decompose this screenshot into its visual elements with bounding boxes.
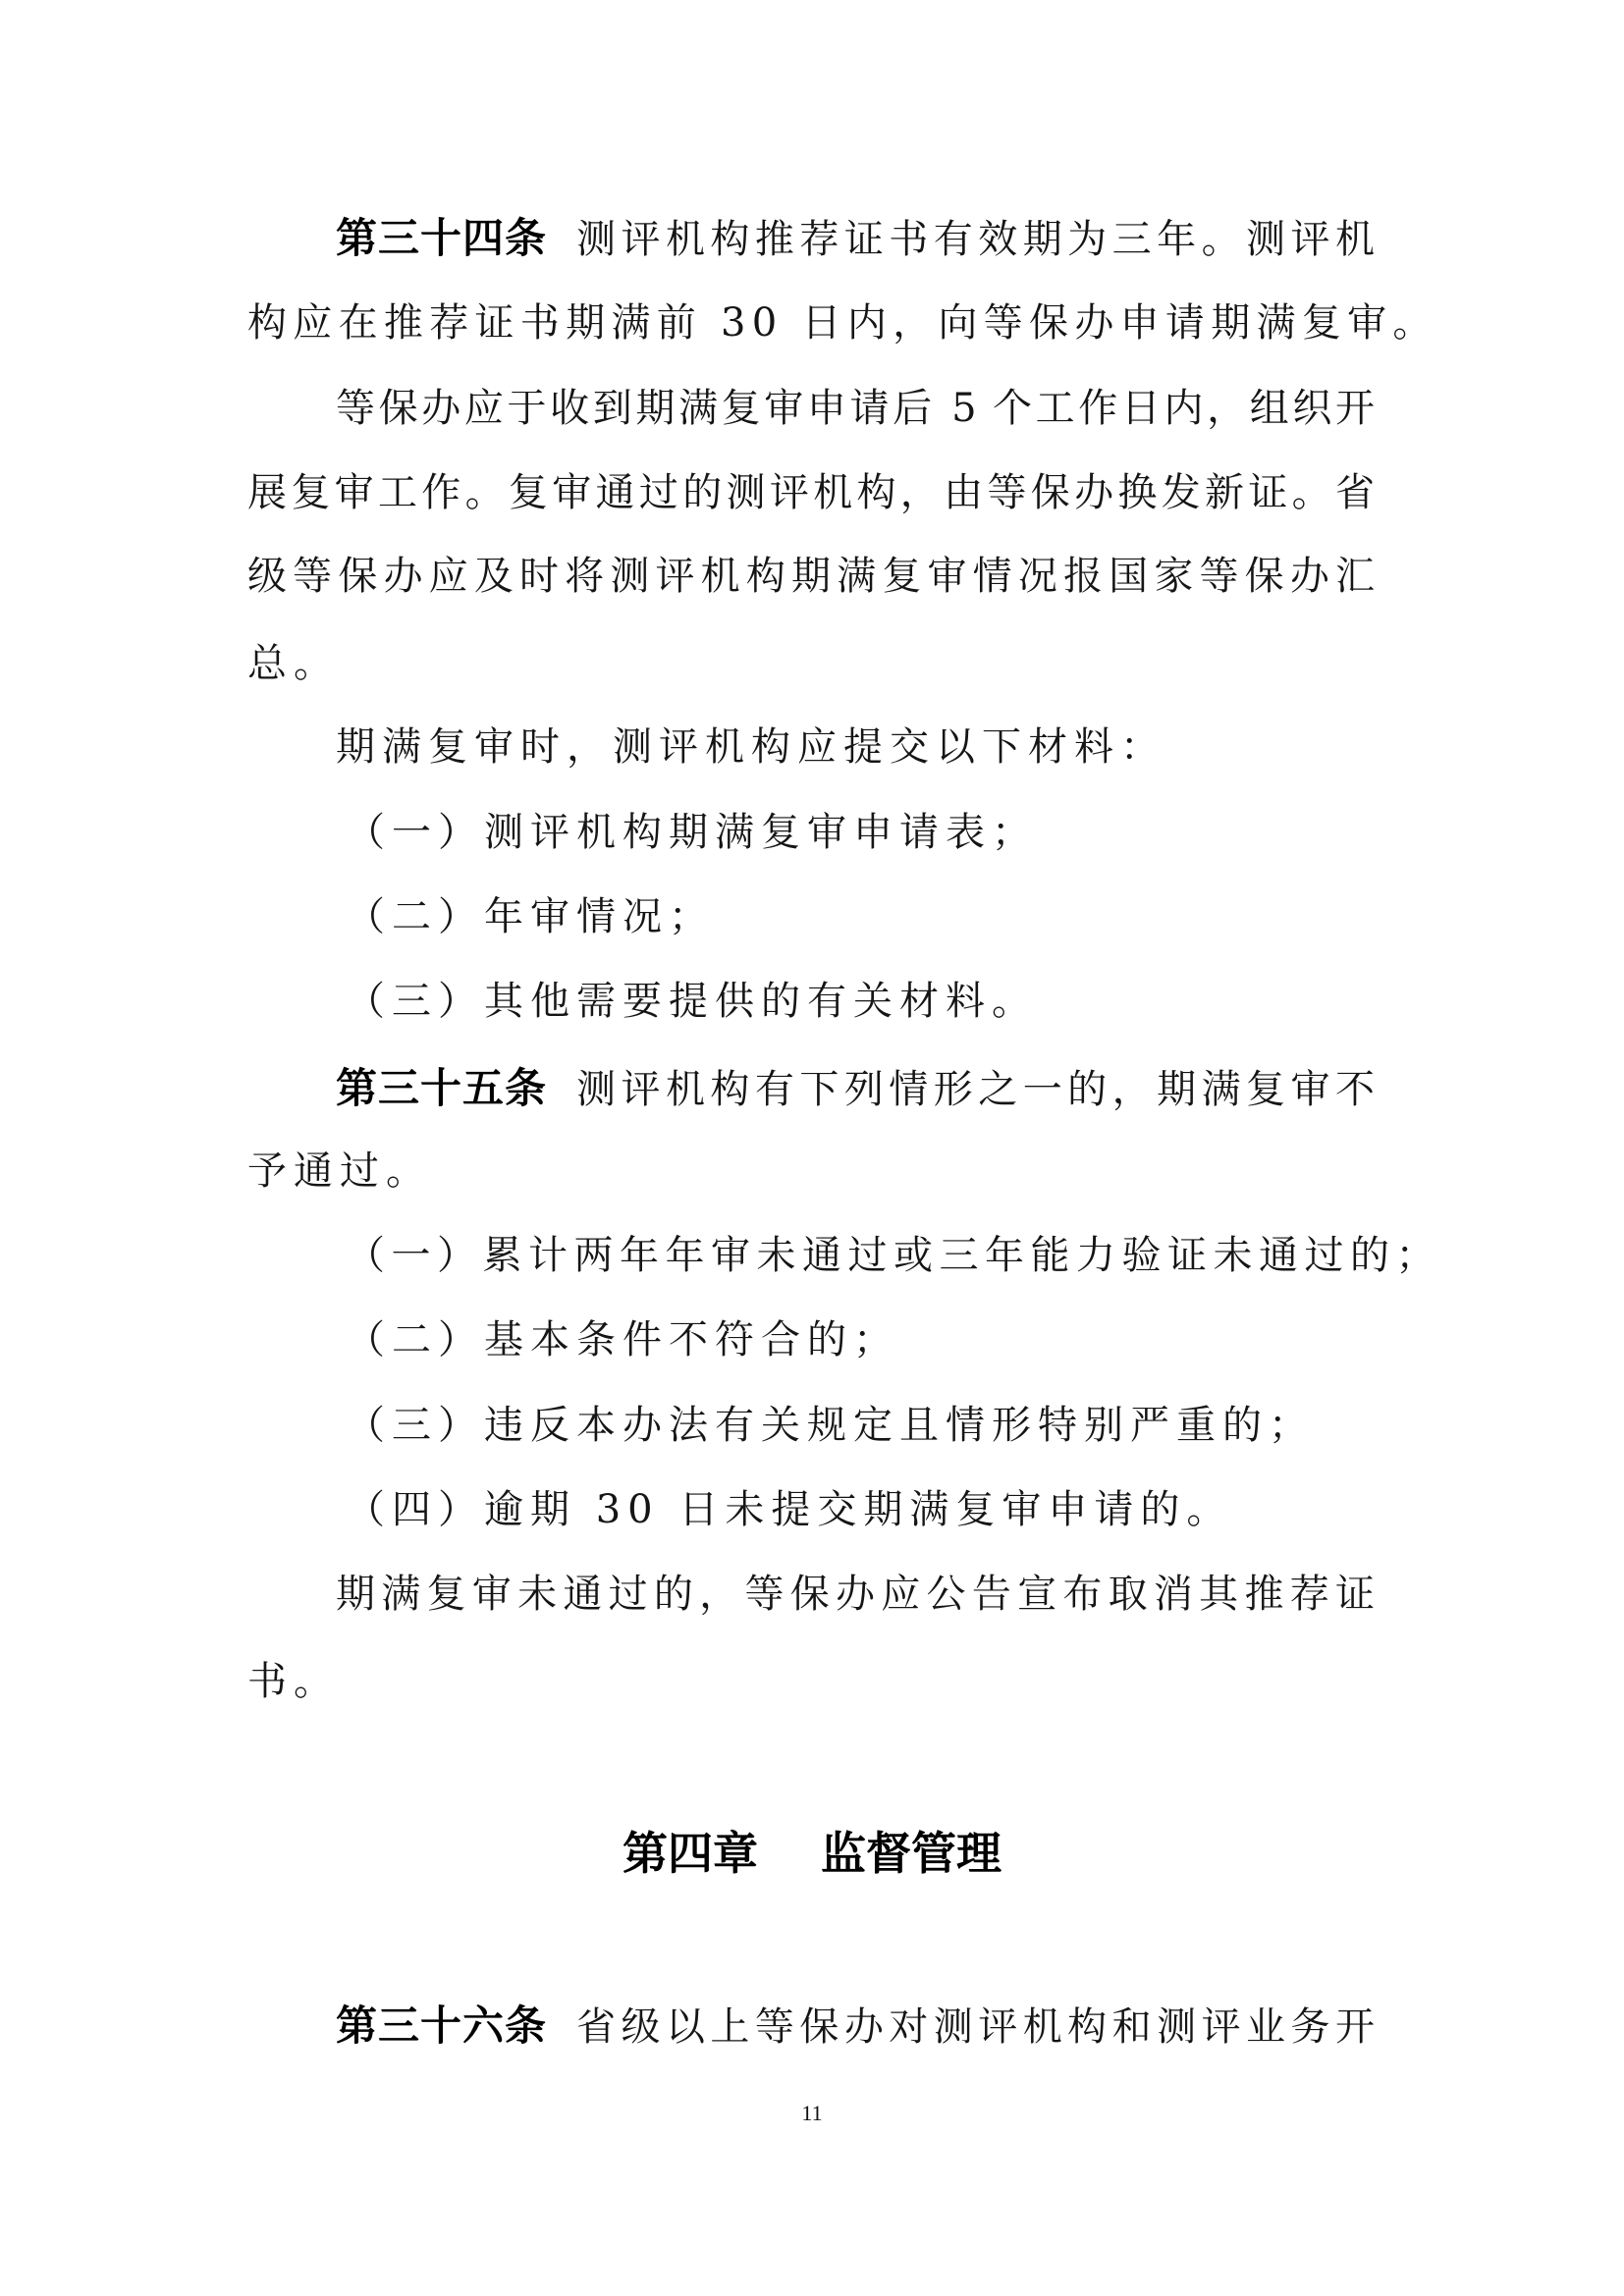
- article-34-text: 测评机构推荐证书有效期为三年。测评机: [576, 208, 1375, 264]
- article-35-text: 测评机构有下列情形之一的，期满复审不: [576, 1058, 1375, 1114]
- revoke-paragraph-line-1: 期满复审未通过的，等保办应公告宣布取消其推荐证: [336, 1571, 1375, 1618]
- materials-item-1: （一）测评机构期满复审申请表；: [346, 809, 1038, 856]
- review-paragraph-line-2: 展复审工作。复审通过的测评机构，由等保办换发新证。省: [247, 469, 1375, 516]
- chapter-heading: 第四章 监督管理: [0, 1826, 1624, 1881]
- article-36-line-1: 第三十六条 省级以上等保办对测评机构和测评业务开: [336, 2000, 1375, 2047]
- fail-condition-2: （二）基本条件不符合的；: [346, 1316, 899, 1363]
- article-34-line-1: 第三十四条 测评机构推荐证书有效期为三年。测评机: [336, 212, 1375, 259]
- review-paragraph-line-3: 级等保办应及时将测评机构期满复审情况报国家等保办汇: [247, 553, 1375, 600]
- materials-item-2: （二）年审情况；: [346, 893, 715, 940]
- page-number: 11: [0, 2101, 1624, 2126]
- fail-condition-3: （三）违反本办法有关规定且情形特别严重的；: [346, 1402, 1315, 1449]
- article-36-text: 省级以上等保办对测评机构和测评业务开: [576, 1996, 1375, 2052]
- article-35-line-1: 第三十五条 测评机构有下列情形之一的，期满复审不: [336, 1062, 1375, 1109]
- article-36-label: 第三十六条: [336, 1994, 547, 2053]
- revoke-paragraph-line-2: 书。: [247, 1658, 340, 1705]
- review-paragraph-line-1: 等保办应于收到期满复审申请后 5 个工作日内，组织开: [336, 385, 1375, 432]
- fail-condition-1: （一）累计两年年审未通过或三年能力验证未通过的；: [346, 1232, 1441, 1279]
- review-paragraph-line-4: 总。: [247, 640, 340, 687]
- materials-item-3: （三）其他需要提供的有关材料。: [346, 978, 1038, 1025]
- document-page: 第三十四条 测评机构推荐证书有效期为三年。测评机 构应在推荐证书期满前 30 日…: [0, 0, 1624, 2296]
- article-35-label: 第三十五条: [336, 1056, 547, 1115]
- fail-condition-4: （四）逾期 30 日未提交期满复审申请的。: [346, 1486, 1232, 1533]
- article-35-line-2: 予通过。: [247, 1148, 432, 1195]
- article-34-line-2: 构应在推荐证书期满前 30 日内，向等保办申请期满复审。: [247, 299, 1438, 347]
- materials-intro: 期满复审时，测评机构应提交以下材料：: [336, 723, 1166, 771]
- article-34-label: 第三十四条: [336, 206, 547, 265]
